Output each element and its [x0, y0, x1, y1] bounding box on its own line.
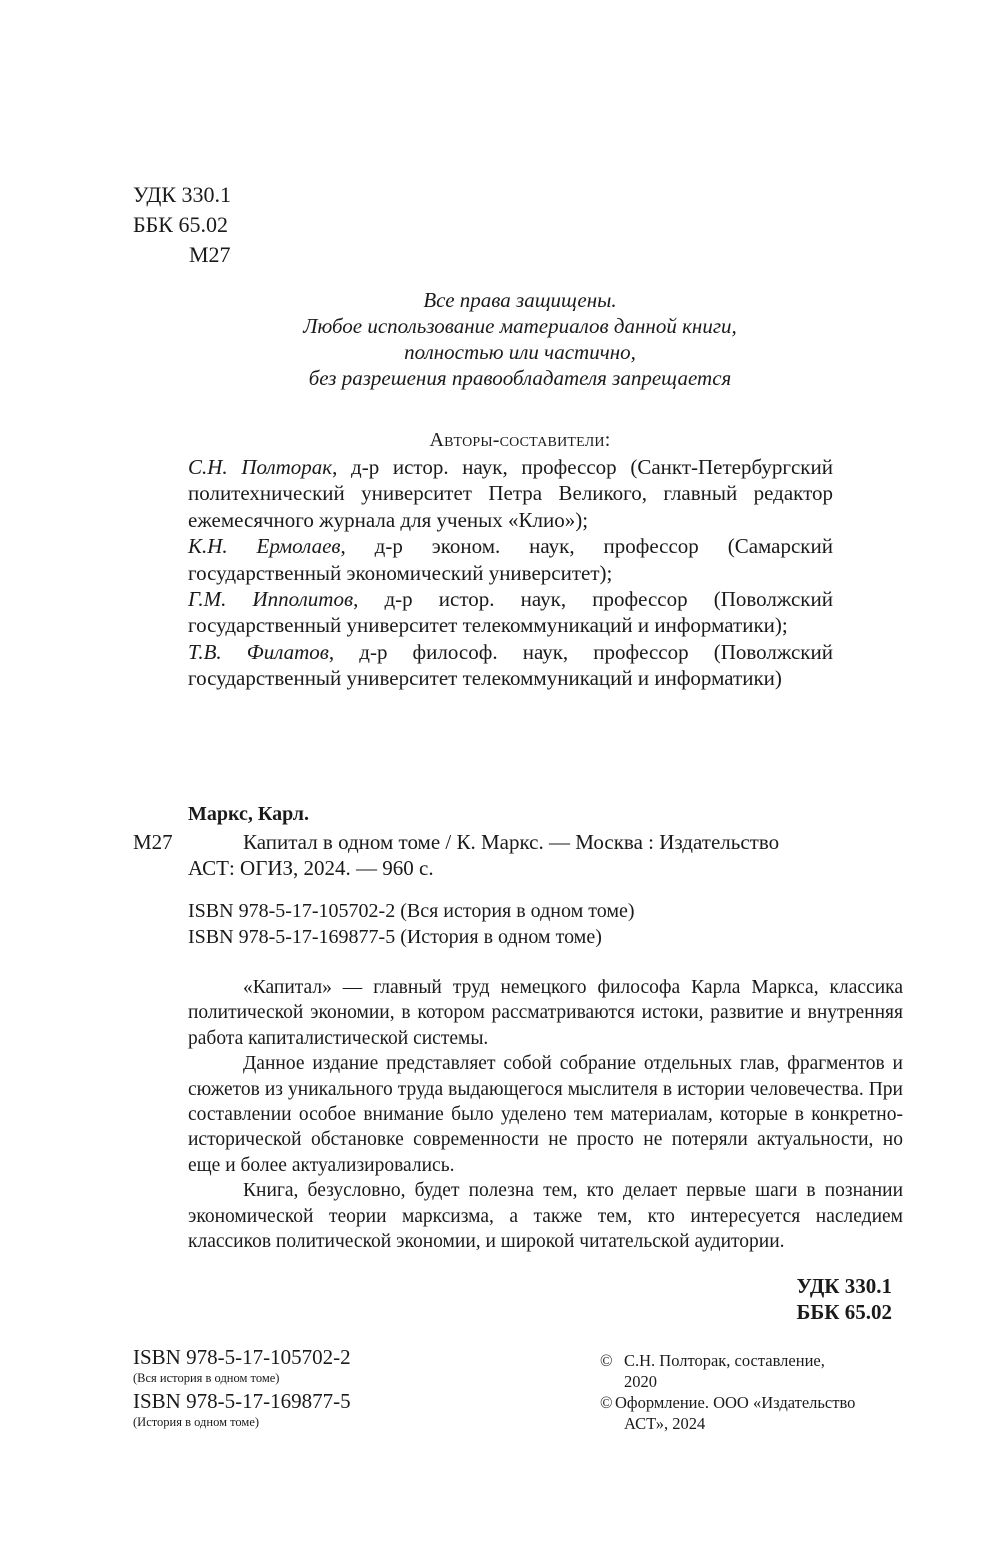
- author-entry: К.Н. Ермолаев, д-р эконом. наук, професс…: [188, 533, 833, 586]
- copyright-entry: © С.Н. Полторак, составление,: [600, 1350, 910, 1371]
- authors-list: С.Н. Полторак, д-р истор. наук, профессо…: [188, 454, 833, 692]
- footer-isbn-series: (История в одном томе): [133, 1414, 351, 1430]
- copyright-entry: © Оформление. ООО «Издательство: [600, 1392, 910, 1413]
- copyright-text-cont: 2020: [600, 1371, 910, 1392]
- author-mark: М27: [133, 240, 231, 270]
- catalog-description: Капитал в одном томе / К. Маркс. — Москв…: [188, 829, 903, 881]
- rights-line: Любое использование материалов данной кн…: [200, 313, 840, 339]
- catalog-author-heading: Маркс, Карл.: [188, 801, 309, 827]
- footer-isbns: ISBN 978-5-17-105702-2 (Вся история в од…: [133, 1344, 351, 1432]
- footer-isbn-series: (Вся история в одном томе): [133, 1370, 351, 1386]
- author-name: К.Н. Ермолаев: [188, 534, 341, 558]
- annotation-paragraph: Данное издание представляет собой собран…: [188, 1051, 903, 1178]
- catalog-imprint-line: АСТ: ОГИЗ, 2024. — 960 с.: [188, 855, 903, 881]
- copyright-text: С.Н. Полторак, составление,: [624, 1350, 825, 1371]
- copyright-text: Оформление. ООО «Издательство: [615, 1392, 855, 1413]
- author-name: С.Н. Полторак: [188, 455, 332, 479]
- rights-notice: Все права защищены. Любое использование …: [200, 287, 840, 391]
- author-entry: Т.В. Филатов, д-р философ. наук, професс…: [188, 639, 833, 692]
- classification-codes: УДК 330.1 ББК 65.02 М27: [133, 180, 231, 270]
- footer-classification-codes: УДК 330.1 ББК 65.02: [797, 1273, 893, 1325]
- copyright-block: © С.Н. Полторак, составление, 2020 © Офо…: [600, 1350, 910, 1434]
- rights-line: Все права защищены.: [200, 287, 840, 313]
- author-entry: С.Н. Полторак, д-р истор. наук, профессо…: [188, 454, 833, 533]
- bbk-code: ББК 65.02: [133, 210, 231, 240]
- annotation: «Капитал» — главный труд немецкого филос…: [188, 975, 903, 1254]
- footer-isbn-number: ISBN 978-5-17-169877-5: [133, 1388, 351, 1414]
- author-name: Г.М. Ипполитов: [188, 587, 353, 611]
- author-entry: Г.М. Ипполитов, д-р истор. наук, професс…: [188, 586, 833, 639]
- rights-line: без разрешения правообладателя запрещает…: [200, 365, 840, 391]
- copyright-icon: ©: [600, 1350, 624, 1371]
- author-name: Т.В. Филатов: [188, 640, 329, 664]
- isbn-line: ISBN 978-5-17-169877-5 (История в одном …: [188, 924, 635, 950]
- isbn-line: ISBN 978-5-17-105702-2 (Вся история в од…: [188, 898, 635, 924]
- annotation-paragraph: Книга, безусловно, будет полезна тем, кт…: [188, 1178, 903, 1254]
- annotation-paragraph: «Капитал» — главный труд немецкого филос…: [188, 975, 903, 1051]
- catalog-isbns: ISBN 978-5-17-105702-2 (Вся история в од…: [188, 898, 635, 950]
- copyright-text-cont: АСТ», 2024: [600, 1413, 910, 1434]
- footer-udk-code: УДК 330.1: [797, 1273, 893, 1299]
- catalog-title-line: Капитал в одном томе / К. Маркс. — Москв…: [188, 829, 903, 855]
- footer-isbn-number: ISBN 978-5-17-105702-2: [133, 1344, 351, 1370]
- rights-line: полностью или частично,: [200, 339, 840, 365]
- catalog-author-mark: М27: [133, 829, 173, 855]
- footer-bbk-code: ББК 65.02: [797, 1299, 893, 1325]
- authors-heading: Авторы-составители:: [190, 427, 850, 453]
- copyright-icon: ©: [600, 1392, 615, 1413]
- udk-code: УДК 330.1: [133, 180, 231, 210]
